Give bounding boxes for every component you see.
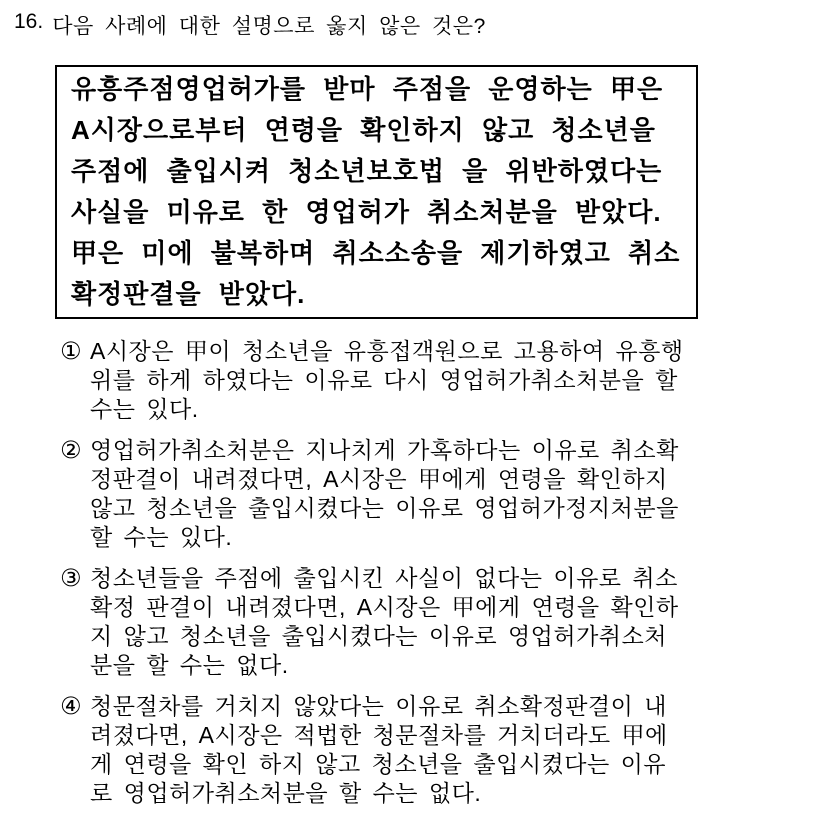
option-4-text: 청문절차를 거치지 않았다는 이유로 취소확정판결이 내 려졌다면, A시장은 … (90, 692, 668, 808)
question-title: 다음 사례에 대한 설명으로 옳지 않은 것은? (52, 10, 486, 40)
option-line: 않고 청소년을 출입시켰다는 이유로 영업허가정지처분을 (90, 494, 679, 523)
case-line: 甲은 미에 불복하며 취소소송을 제기하였고 취소 (71, 233, 680, 274)
case-line: 주점에 출입시켜 청소년보호법 을 위반하였다는 (71, 151, 680, 192)
option-line: 할 수는 있다. (90, 523, 679, 552)
case-line: 사실을 미유로 한 영업허가 취소처분을 받았다. (71, 192, 680, 233)
option-1[interactable]: ① A시장은 甲이 청소년을 유흥접객원으로 고용하여 유흥행 위를 하게 하였… (60, 337, 810, 424)
option-4[interactable]: ④ 청문절차를 거치지 않았다는 이유로 취소확정판결이 내 려졌다면, A시장… (60, 692, 810, 808)
option-3-text: 청소년들을 주점에 출입시킨 사실이 없다는 이유로 취소 확정 판결이 내려졌… (90, 564, 679, 680)
option-2[interactable]: ② 영업허가취소처분은 지나치게 가혹하다는 이유로 취소확 정판결이 내려졌다… (60, 436, 810, 552)
option-line: 청소년들을 주점에 출입시킨 사실이 없다는 이유로 취소 (90, 564, 679, 593)
case-line: 확정판결을 받았다. (71, 274, 680, 315)
case-line: 유흥주점영업허가를 받마 주점을 운영하는 甲은 (71, 69, 680, 110)
option-line: 려졌다면, A시장은 적법한 청문절차를 거치더라도 甲에 (90, 721, 668, 750)
option-line: A시장은 甲이 청소년을 유흥접객원으로 고용하여 유흥행 (90, 337, 684, 366)
option-2-text: 영업허가취소처분은 지나치게 가혹하다는 이유로 취소확 정판결이 내려졌다면,… (90, 436, 679, 552)
answer-options: ① A시장은 甲이 청소년을 유흥접객원으로 고용하여 유흥행 위를 하게 하였… (60, 337, 810, 808)
question-header: 16. 다음 사례에 대한 설명으로 옳지 않은 것은? (0, 0, 826, 40)
option-4-marker[interactable]: ④ (60, 692, 90, 721)
option-1-text: A시장은 甲이 청소년을 유흥접객원으로 고용하여 유흥행 위를 하게 하였다는… (90, 337, 684, 424)
option-line: 지 않고 청소년을 출입시켰다는 이유로 영업허가취소처 (90, 622, 679, 651)
option-2-marker[interactable]: ② (60, 436, 90, 465)
option-1-marker[interactable]: ① (60, 337, 90, 366)
option-line: 정판결이 내려졌다면, A시장은 甲에게 연령을 확인하지 (90, 465, 679, 494)
option-line: 분을 할 수는 없다. (90, 651, 679, 680)
option-line: 로 영업허가취소처분을 할 수는 없다. (90, 779, 668, 808)
option-line: 게 연령을 확인 하지 않고 청소년을 출입시켰다는 이유 (90, 750, 668, 779)
question-number: 16. (14, 10, 43, 34)
case-line: A시장으로부터 연령을 확인하지 않고 청소년을 (71, 110, 680, 151)
option-line: 위를 하게 하였다는 이유로 다시 영업허가취소처분을 할 (90, 366, 684, 395)
option-3[interactable]: ③ 청소년들을 주점에 출입시킨 사실이 없다는 이유로 취소 확정 판결이 내… (60, 564, 810, 680)
option-line: 확정 판결이 내려졌다면, A시장은 甲에게 연령을 확인하 (90, 593, 679, 622)
option-line: 영업허가취소처분은 지나치게 가혹하다는 이유로 취소확 (90, 436, 679, 465)
case-passage-box: 유흥주점영업허가를 받마 주점을 운영하는 甲은 A시장으로부터 연령을 확인하… (55, 65, 698, 319)
option-line: 수는 있다. (90, 395, 684, 424)
option-line: 청문절차를 거치지 않았다는 이유로 취소확정판결이 내 (90, 692, 668, 721)
option-3-marker[interactable]: ③ (60, 564, 90, 593)
